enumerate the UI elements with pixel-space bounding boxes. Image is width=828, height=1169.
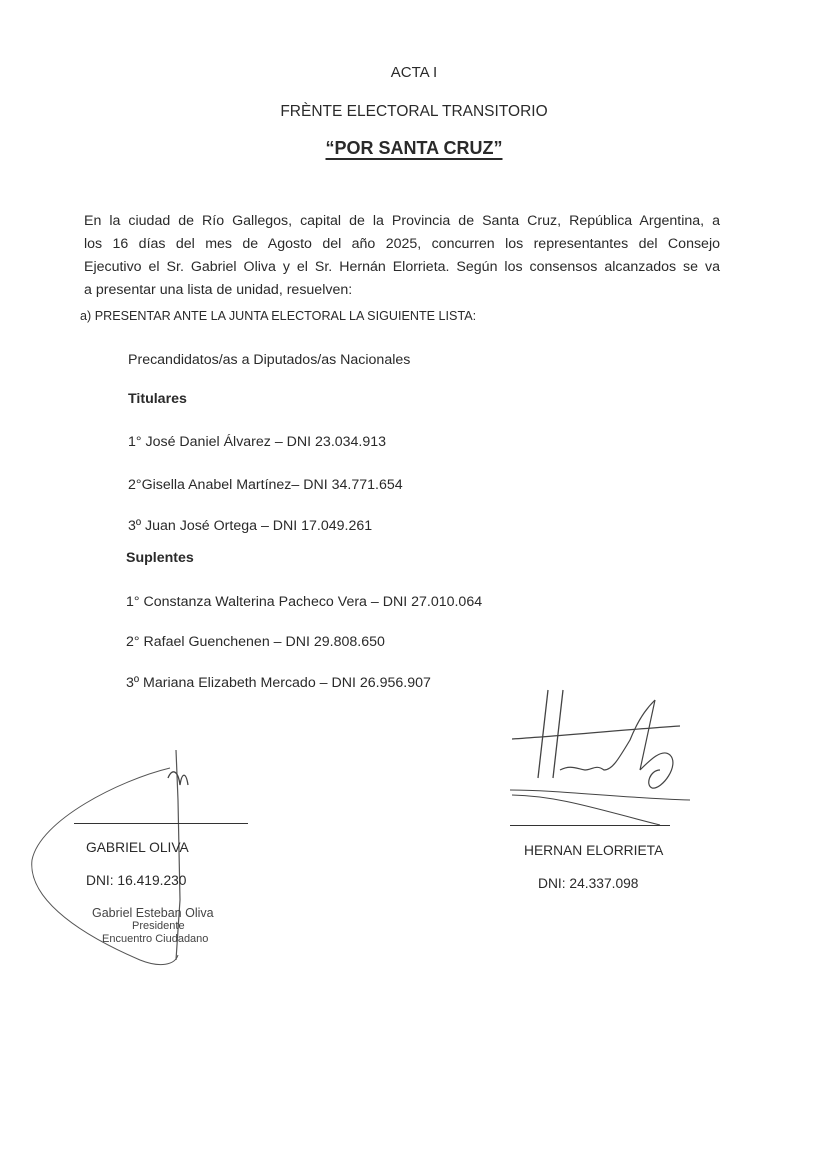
signer-left-name: GABRIEL OLIVA bbox=[86, 840, 189, 855]
signature-gabriel-oliva bbox=[0, 0, 828, 1169]
signature-line-left bbox=[74, 823, 248, 824]
stamp-line: Gabriel Esteban Oliva bbox=[92, 906, 214, 920]
signer-right-name: HERNAN ELORRIETA bbox=[524, 843, 663, 858]
signer-right-dni: DNI: 24.337.098 bbox=[538, 876, 638, 891]
stamp-line: Presidente bbox=[132, 920, 185, 932]
stamp-line: Encuentro Ciudadano bbox=[102, 933, 208, 945]
signer-left-dni: DNI: 16.419.230 bbox=[86, 873, 186, 888]
signature-line-right bbox=[510, 825, 670, 826]
